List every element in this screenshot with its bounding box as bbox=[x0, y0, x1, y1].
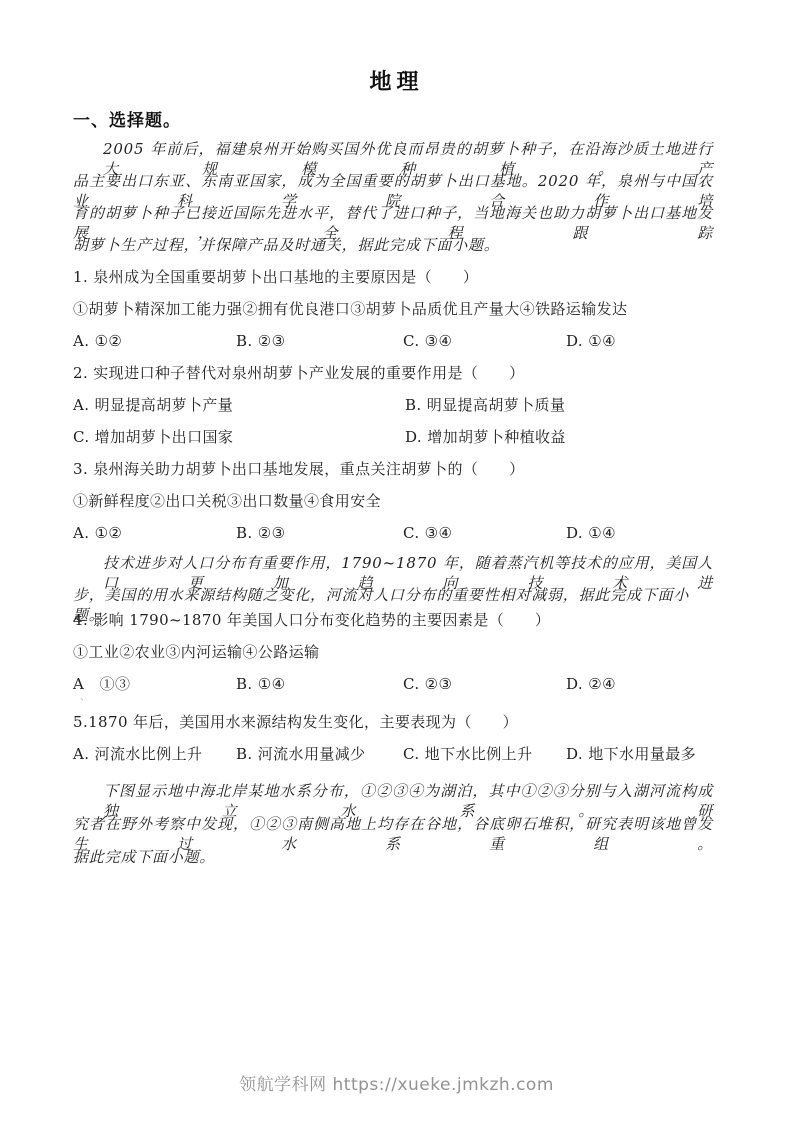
answer-option: A. ①② bbox=[73, 523, 122, 543]
answer-option: D. ①④ bbox=[566, 523, 616, 543]
answer-option: C. ②③ bbox=[403, 674, 452, 694]
section-heading: 一、选择题。 bbox=[73, 106, 181, 131]
answer-option: C. ③④ bbox=[403, 331, 452, 351]
answer-option: B. ①④ bbox=[236, 674, 285, 694]
document-page: 地理 一、选择题。 2005 年前后，福建泉州开始购买国外优良而昂贵的胡萝卜种子… bbox=[0, 0, 793, 1122]
answer-option: D. ②④ bbox=[566, 674, 616, 694]
passage-line: 据此完成下面小题。 bbox=[73, 847, 713, 867]
question-sub-options: ①胡萝卜精深加工能力强②拥有优良港口③胡萝卜品质优且产量大④铁路运输发达 bbox=[73, 299, 713, 319]
answer-option-row: A ①③ B. ①④ C. ②③ D. ②④ bbox=[73, 674, 733, 694]
answer-option: B. ②③ bbox=[236, 331, 285, 351]
answer-option: D. 地下水用量最多 bbox=[566, 744, 696, 764]
question-sub-options: ①新鲜程度②出口关税③出口数量④食用安全 bbox=[73, 491, 713, 511]
answer-option-row: A. ①② B. ②③ C. ③④ D. ①④ bbox=[73, 331, 733, 351]
footer-watermark: 领航学科网 https://xueke.jmkzh.com bbox=[0, 1070, 793, 1095]
answer-option: C. 增加胡萝卜出口国家 bbox=[73, 427, 233, 447]
answer-option: A. ①② bbox=[73, 331, 122, 351]
question-stem: 2. 实现进口种子替代对泉州胡萝卜产业发展的重要作用是（ ） bbox=[73, 363, 713, 383]
answer-option: A. 明显提高胡萝卜产量 bbox=[73, 395, 233, 415]
answer-option: D. ①④ bbox=[566, 331, 616, 351]
passage-line: 胡萝卜生产过程，并保障产品及时通关，据此完成下面小题。 bbox=[73, 235, 713, 255]
question-stem: 5.1870 年后，美国用水来源结构发生变化，主要表现为（ ） bbox=[73, 712, 713, 732]
exam-title: 地理 bbox=[0, 65, 793, 96]
stray-ink-mark: 、 bbox=[80, 688, 90, 703]
question-sub-options: ①工业②农业③内河运输④公路运输 bbox=[73, 642, 713, 662]
answer-option-row: A. 河流水比例上升 B. 河流水用量减少 C. 地下水比例上升 D. 地下水用… bbox=[73, 744, 733, 764]
answer-option-row: A. 明显提高胡萝卜产量 B. 明显提高胡萝卜质量 bbox=[73, 395, 733, 415]
question-stem: 3. 泉州海关助力胡萝卜出口基地发展，重点关注胡萝卜的（ ） bbox=[73, 459, 713, 479]
answer-option: A. 河流水比例上升 bbox=[73, 744, 202, 764]
answer-option: C. 地下水比例上升 bbox=[403, 744, 532, 764]
answer-option: B. ②③ bbox=[236, 523, 285, 543]
answer-option-row: C. 增加胡萝卜出口国家 D. 增加胡萝卜种植收益 bbox=[73, 427, 733, 447]
answer-option: B. 河流水用量减少 bbox=[236, 744, 366, 764]
answer-option: C. ③④ bbox=[403, 523, 452, 543]
answer-option: B. 明显提高胡萝卜质量 bbox=[405, 395, 565, 415]
answer-option: D. 增加胡萝卜种植收益 bbox=[405, 427, 566, 447]
answer-option-row: A. ①② B. ②③ C. ③④ D. ①④ bbox=[73, 523, 733, 543]
question-stem: 4. 影响 1790~1870 年美国人口分布变化趋势的主要因素是（ ） bbox=[73, 610, 713, 630]
question-stem: 1. 泉州成为全国重要胡萝卜出口基地的主要原因是（ ） bbox=[73, 267, 713, 287]
